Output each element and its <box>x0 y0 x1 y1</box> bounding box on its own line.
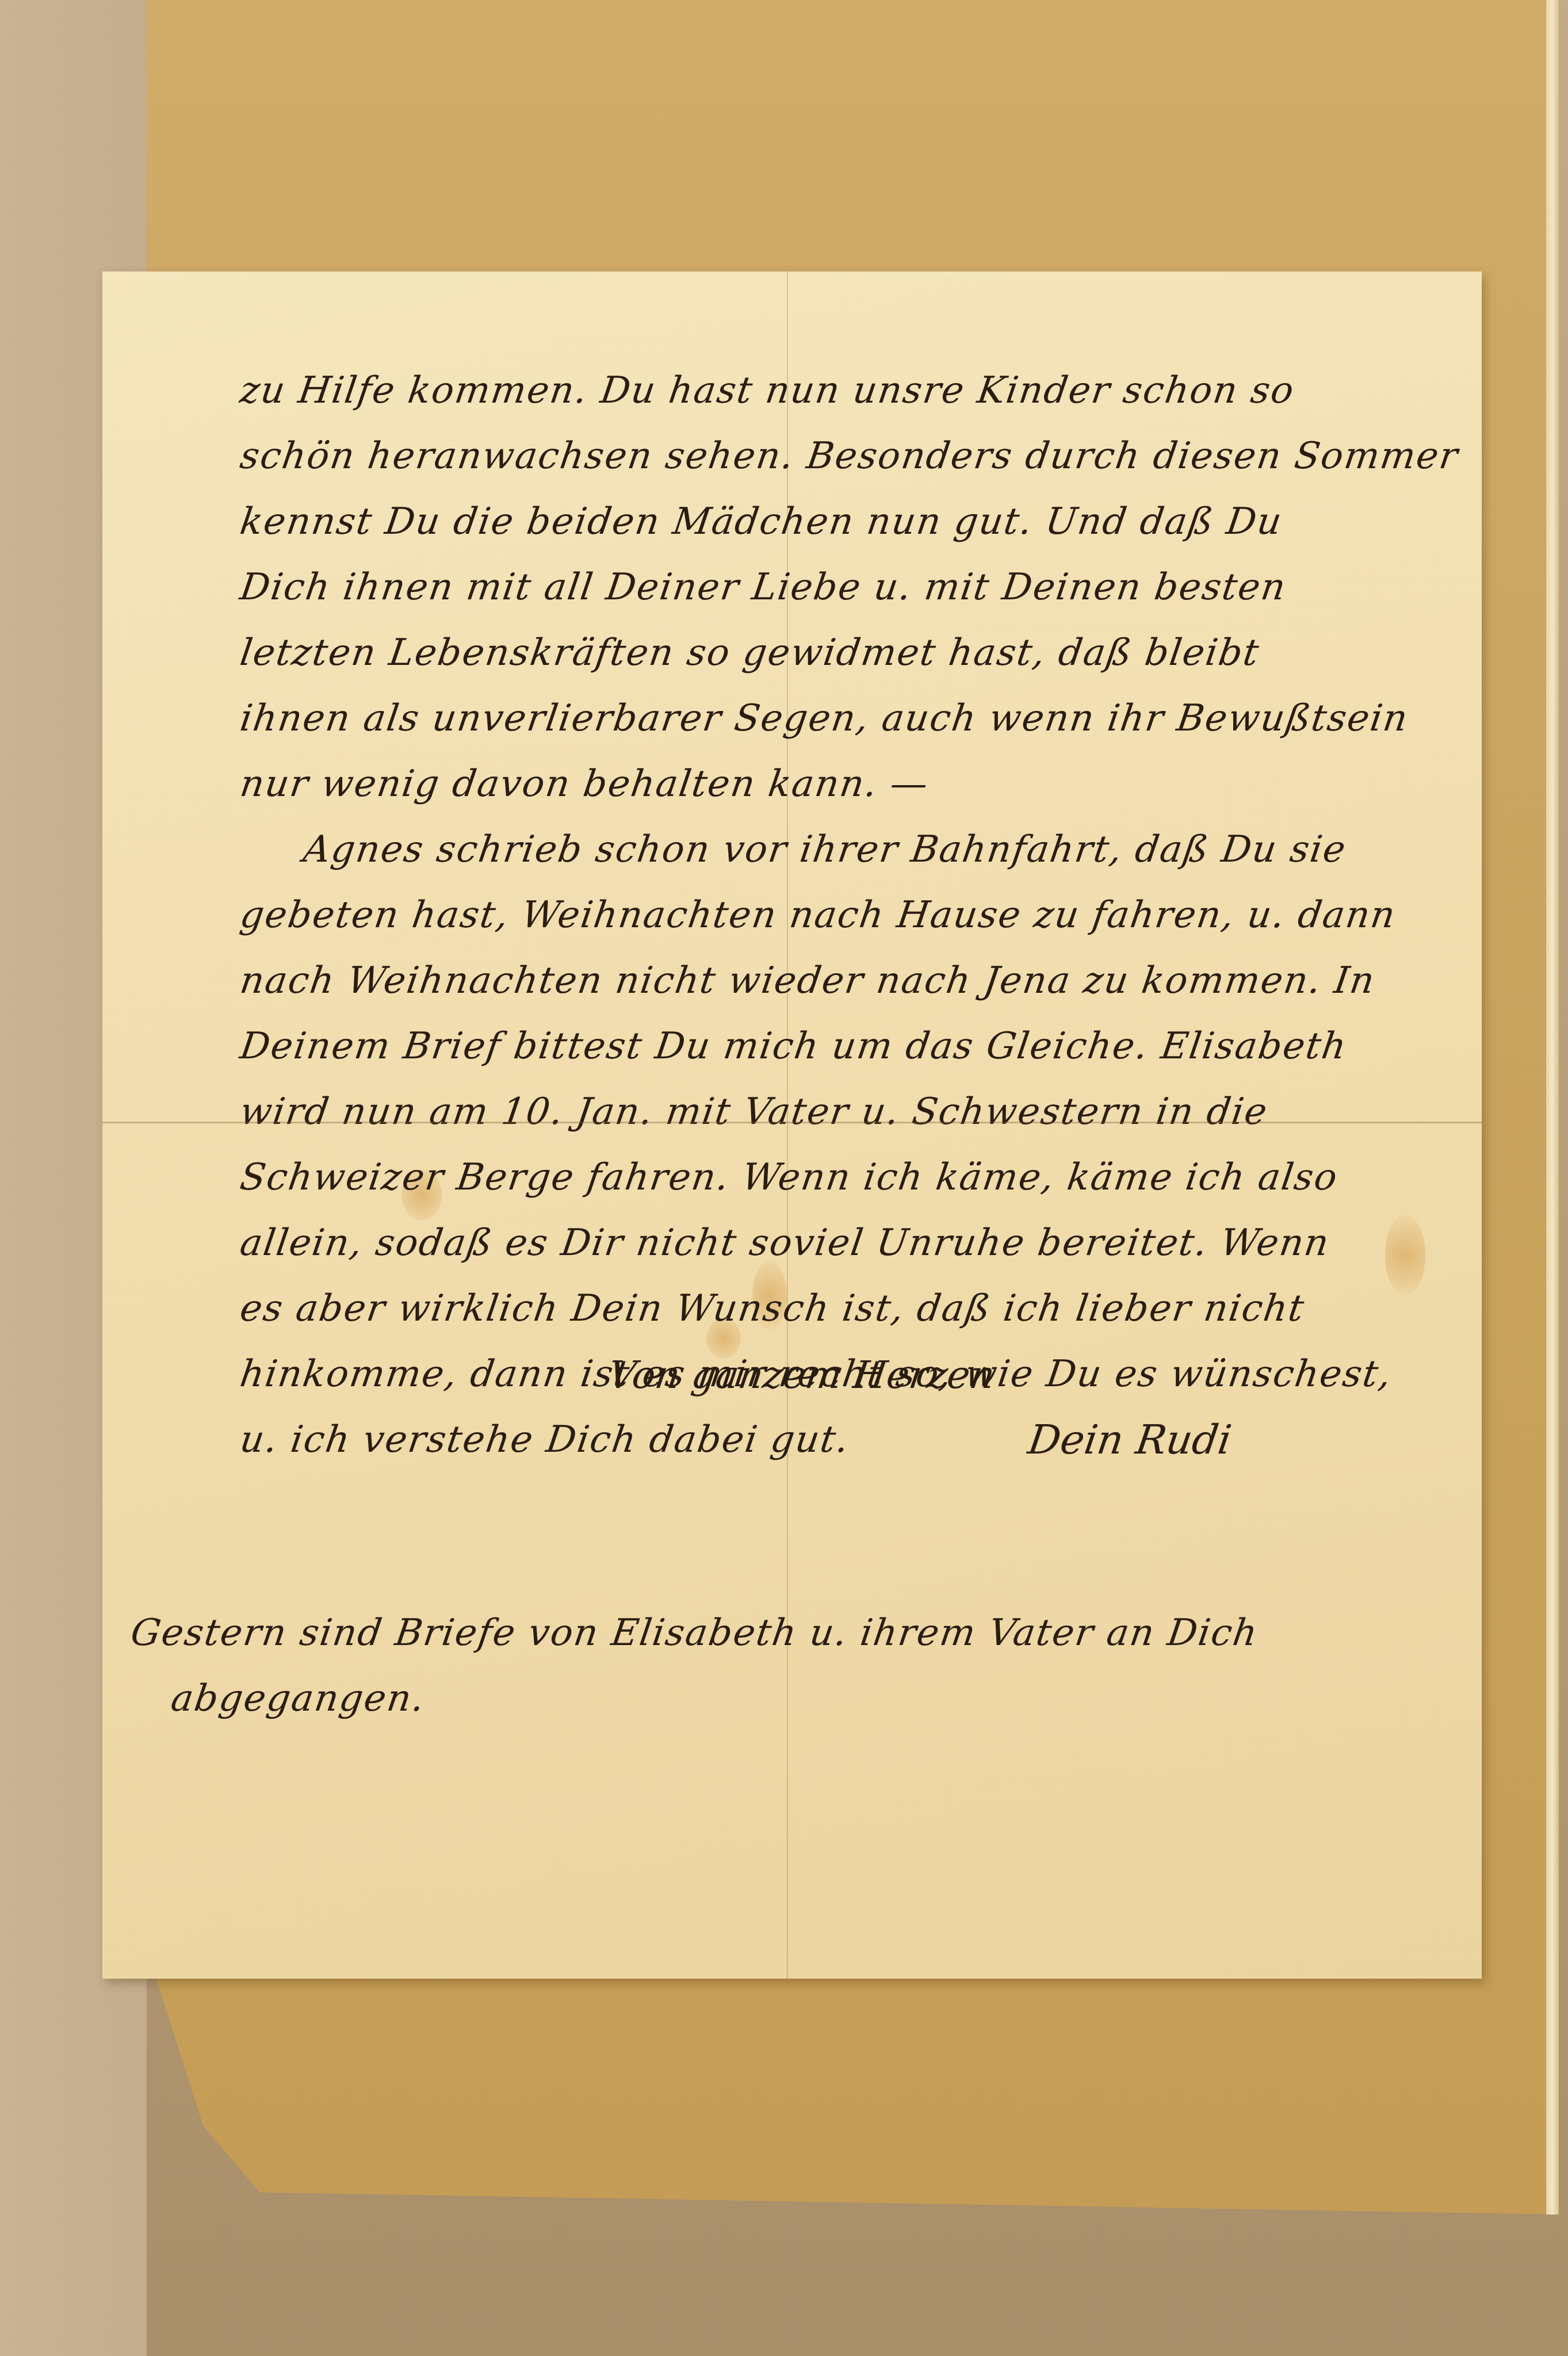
body-line: letzten Lebenskräften so gewidmet hast, … <box>236 620 1464 686</box>
body-line: gebeten hast, Weihnachten nach Hause zu … <box>236 882 1464 948</box>
body-line: Deinem Brief bittest Du mich um das Glei… <box>236 1013 1464 1079</box>
postscript-line: abgegangen. <box>127 1666 1401 1731</box>
body-line: Schweizer Berge fahren. Wenn ich käme, k… <box>236 1145 1464 1210</box>
body-line: kennst Du die beiden Mädchen nun gut. Un… <box>236 489 1464 554</box>
body-line: ihnen als unverlierbarer Segen, auch wen… <box>236 686 1464 751</box>
body-line: Dich ihnen mit all Deiner Liebe u. mit D… <box>236 554 1464 620</box>
body-line: schön heranwachsen sehen. Besonders durc… <box>236 423 1464 489</box>
letter-sheet: zu Hilfe kommen. Du hast nun unsre Kinde… <box>102 271 1482 1979</box>
letter-body: zu Hilfe kommen. Du hast nun unsre Kinde… <box>240 358 1460 1472</box>
postscript: Gestern sind Briefe von Elisabeth u. ihr… <box>131 1600 1397 1731</box>
letter-signature: Dein Rudi <box>1025 1416 1234 1463</box>
body-line: nach Weihnachten nicht wieder nach Jena … <box>236 948 1464 1013</box>
body-line: nur wenig davon behalten kann. — <box>236 751 1464 817</box>
body-line-paragraph-start: Agnes schrieb schon vor ihrer Bahnfahrt,… <box>236 817 1464 882</box>
postscript-line: Gestern sind Briefe von Elisabeth u. ihr… <box>127 1600 1401 1666</box>
body-line: allein, sodaß es Dir nicht soviel Unruhe… <box>236 1210 1464 1276</box>
body-line: es aber wirklich Dein Wunsch ist, daß ic… <box>236 1276 1464 1341</box>
letter-closing: Von ganzem Herzen <box>606 1353 998 1397</box>
folder-edge <box>1546 0 1559 2215</box>
body-line: wird nun am 10. Jan. mit Vater u. Schwes… <box>236 1079 1464 1145</box>
body-line: u. ich verstehe Dich dabei gut. <box>236 1407 1464 1472</box>
body-line: zu Hilfe kommen. Du hast nun unsre Kinde… <box>236 358 1464 423</box>
